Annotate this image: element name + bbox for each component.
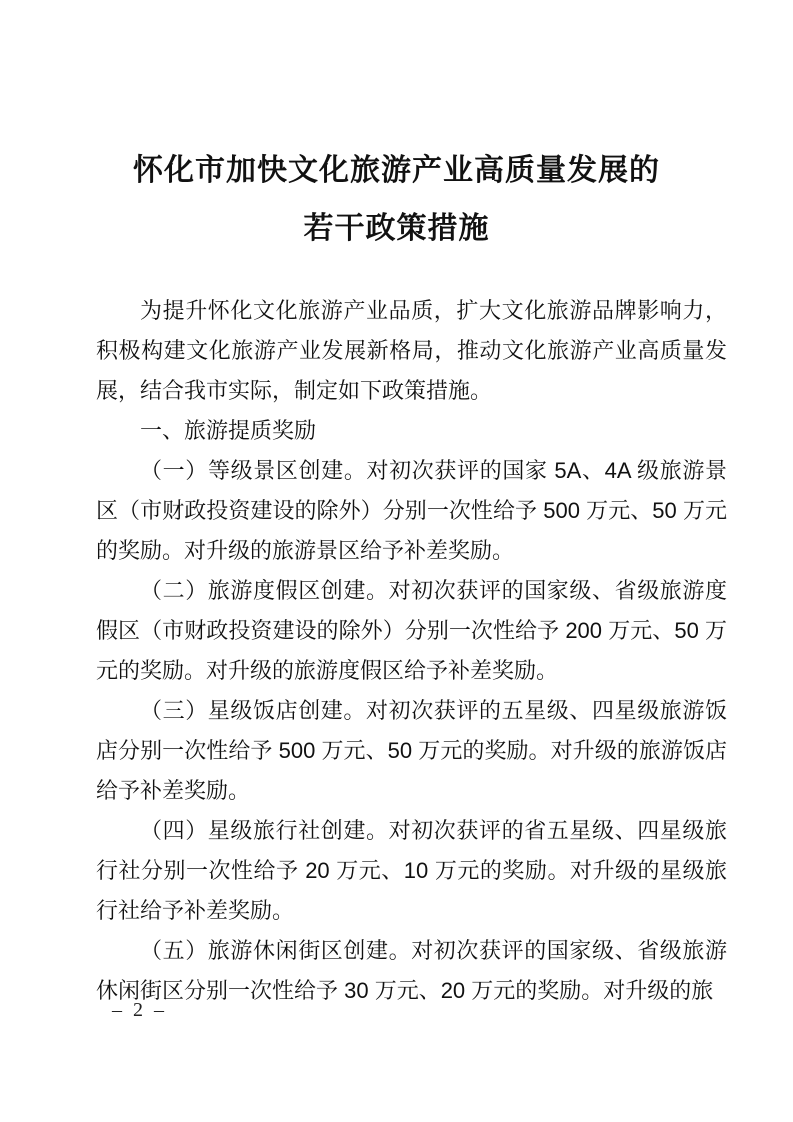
document-title-line-2: 若干政策措施 bbox=[0, 200, 793, 258]
intro-paragraph: 为提升怀化文化旅游产业品质，扩大文化旅游品牌影响力，积极构建文化旅游产业发展新格… bbox=[96, 291, 727, 411]
document-title: 怀化市加快文化旅游产业高质量发展的 若干政策措施 bbox=[0, 142, 793, 258]
document-title-line-1: 怀化市加快文化旅游产业高质量发展的 bbox=[0, 142, 793, 200]
document-page: 怀化市加快文化旅游产业高质量发展的 若干政策措施 为提升怀化文化旅游产业品质，扩… bbox=[0, 0, 793, 1122]
policy-item-4-travel-agency: （四）星级旅行社创建。对初次获评的省五星级、四星级旅行社分别一次性给予 20 万… bbox=[96, 811, 727, 931]
policy-item-5-leisure-block: （五）旅游休闲街区创建。对初次获评的国家级、省级旅游休闲街区分别一次性给予 30… bbox=[96, 931, 727, 1011]
document-body: 为提升怀化文化旅游产业品质，扩大文化旅游品牌影响力，积极构建文化旅游产业发展新格… bbox=[96, 291, 727, 1011]
policy-item-2-resort: （二）旅游度假区创建。对初次获评的国家级、省级旅游度假区（市财政投资建设的除外）… bbox=[96, 571, 727, 691]
policy-item-1-scenic-area: （一）等级景区创建。对初次获评的国家 5A、4A 级旅游景区（市财政投资建设的除… bbox=[96, 451, 727, 571]
policy-item-3-star-hotel: （三）星级饭店创建。对初次获评的五星级、四星级旅游饭店分别一次性给予 500 万… bbox=[96, 691, 727, 811]
section-1-heading: 一、旅游提质奖励 bbox=[96, 411, 727, 451]
page-number: – 2 – bbox=[112, 999, 167, 1022]
